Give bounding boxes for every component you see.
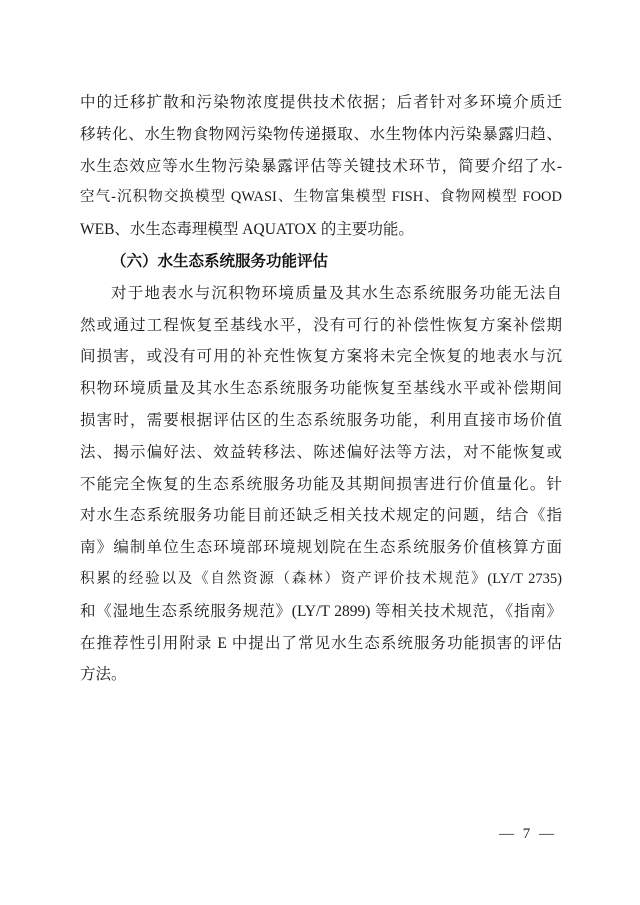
document-page: 中的迁移扩散和污染物浓度提供技术依据；后者针对多环境介质迁 移转化、水生物食物网… (0, 0, 640, 905)
text-line: 空气-沉积物交换模型 QWASI、生物富集模型 FISH、食物网模型 FOOD (80, 182, 562, 214)
text-line: 中的迁移扩散和污染物浓度提供技术依据；后者针对多环境介质迁 (80, 87, 562, 119)
text-line: WEB、水生态毒理模型 AQUATOX 的主要功能。 (80, 214, 562, 246)
text-line: 和《湿地生态系统服务规范》(LY/T 2899) 等相关技术规范，《指南》 (80, 596, 562, 628)
text-line: 对水生态系统服务功能目前还缺乏相关技术规定的问题，结合《指 (80, 500, 562, 532)
text-line: 损害时，需要根据评估区的生态系统服务功能，利用直接市场价值 (80, 405, 562, 437)
document-body: 中的迁移扩散和污染物浓度提供技术依据；后者针对多环境介质迁 移转化、水生物食物网… (80, 87, 562, 691)
text-line: 法、揭示偏好法、效益转移法、陈述偏好法等方法，对不能恢复或 (80, 437, 562, 469)
text-line: 积物环境质量及其水生态系统服务功能恢复至基线水平或补偿期间 (80, 373, 562, 405)
text-line: 移转化、水生物食物网污染物传递摄取、水生物体内污染暴露归趋、 (80, 119, 562, 151)
text-line: 方法。 (80, 659, 562, 691)
text-line: 水生态效应等水生物污染暴露评估等关键技术环节，简要介绍了水- (80, 151, 562, 183)
page-number: — 7 — (499, 826, 554, 843)
text-line: 间损害，或没有可用的补充性恢复方案将未完全恢复的地表水与沉 (80, 341, 562, 373)
text-line: 对于地表水与沉积物环境质量及其水生态系统服务功能无法自 (80, 278, 562, 310)
text-line: 积累的经验以及《自然资源（森林）资产评价技术规范》(LY/T 2735) (80, 564, 562, 596)
text-line: 然或通过工程恢复至基线水平，没有可行的补偿性恢复方案补偿期 (80, 310, 562, 342)
section-heading: （六）水生态系统服务功能评估 (80, 246, 562, 278)
text-line: 在推荐性引用附录 E 中提出了常见水生态系统服务功能损害的评估 (80, 628, 562, 660)
text-line: 南》编制单位生态环境部环境规划院在生态系统服务价值核算方面 (80, 532, 562, 564)
text-line: 不能完全恢复的生态系统服务功能及其期间损害进行价值量化。针 (80, 469, 562, 501)
